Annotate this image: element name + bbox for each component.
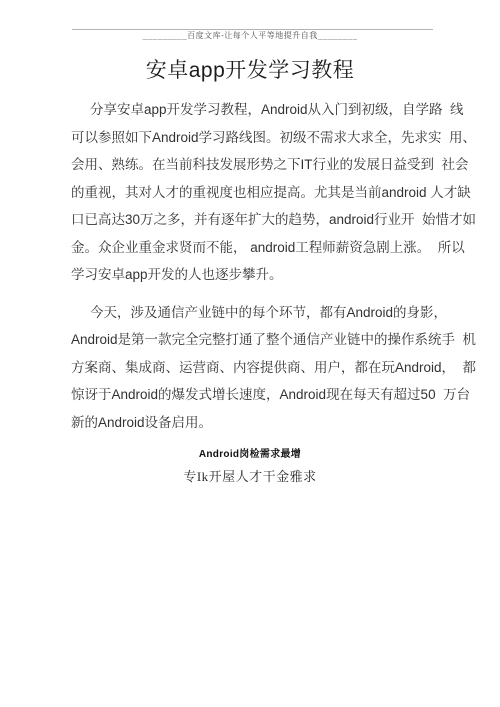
paragraph-2: 今天，涉及通信产业链中的每个环节，都有Android的身影， Android是第… — [71, 299, 472, 437]
header-underline-left: _________ — [143, 31, 188, 40]
header-underline-right: ________ — [318, 31, 358, 40]
document-title: 安卓app开发学习教程 — [0, 56, 500, 86]
caption-demand: Android岗检需求最增 — [0, 448, 500, 461]
text-line: 可以参照如下Android学习路线图。初级不需求大求全，先求实 用、 — [71, 124, 472, 152]
text-line: 的重视，其对人才的重视度也相应提高。尤其是当前android 人才缺 — [71, 179, 472, 207]
text-line: 学习安卓app开发的人也逐步攀升。 — [71, 261, 472, 289]
text-line: 新的Android设备启用。 — [71, 409, 472, 437]
text-line: 惊讶于Android的爆发式增长速度，Android现在每天有超过50 万台 — [71, 381, 472, 409]
page-header: _________百度文库-让每个人平等地提升自我________ — [0, 29, 500, 42]
header-slogan: _________百度文库-让每个人平等地提升自我________ — [0, 30, 500, 42]
text-line: 今天，涉及通信产业链中的每个环节，都有Android的身影， — [71, 299, 472, 327]
paragraph-1: 分享安卓app开发学习教程，Android从入门到初级，自学路 线 可以参照如下… — [71, 96, 472, 289]
text-line: 分享安卓app开发学习教程，Android从入门到初级，自学路 线 — [71, 96, 472, 124]
text-line: 会用、熟练。在当前科技发展形势之下IT行业的发展日益受到 社会 — [71, 151, 472, 179]
text-line: 金。众企业重金求贤而不能， android工程师薪资急剧上涨。 所以 — [71, 234, 472, 262]
caption-talent: 专Ik开屋人才干金雅求 — [0, 468, 500, 485]
text-line: Android是第一款完全完整打通了整个通信产业链中的操作系统手 机 — [71, 326, 472, 354]
text-line: 口已高达30万之多，并有逐年扩大的趋势，android行业开 始惜才如 — [71, 206, 472, 234]
document-page: _________百度文库-让每个人平等地提升自我________ 安卓app开… — [0, 0, 500, 707]
header-slogan-text: 百度文库-让每个人平等地提升自我 — [187, 31, 318, 40]
text-line: 方案商、集成商、运营商、内容提供商、用户，都在玩Android， 都 — [71, 354, 472, 382]
